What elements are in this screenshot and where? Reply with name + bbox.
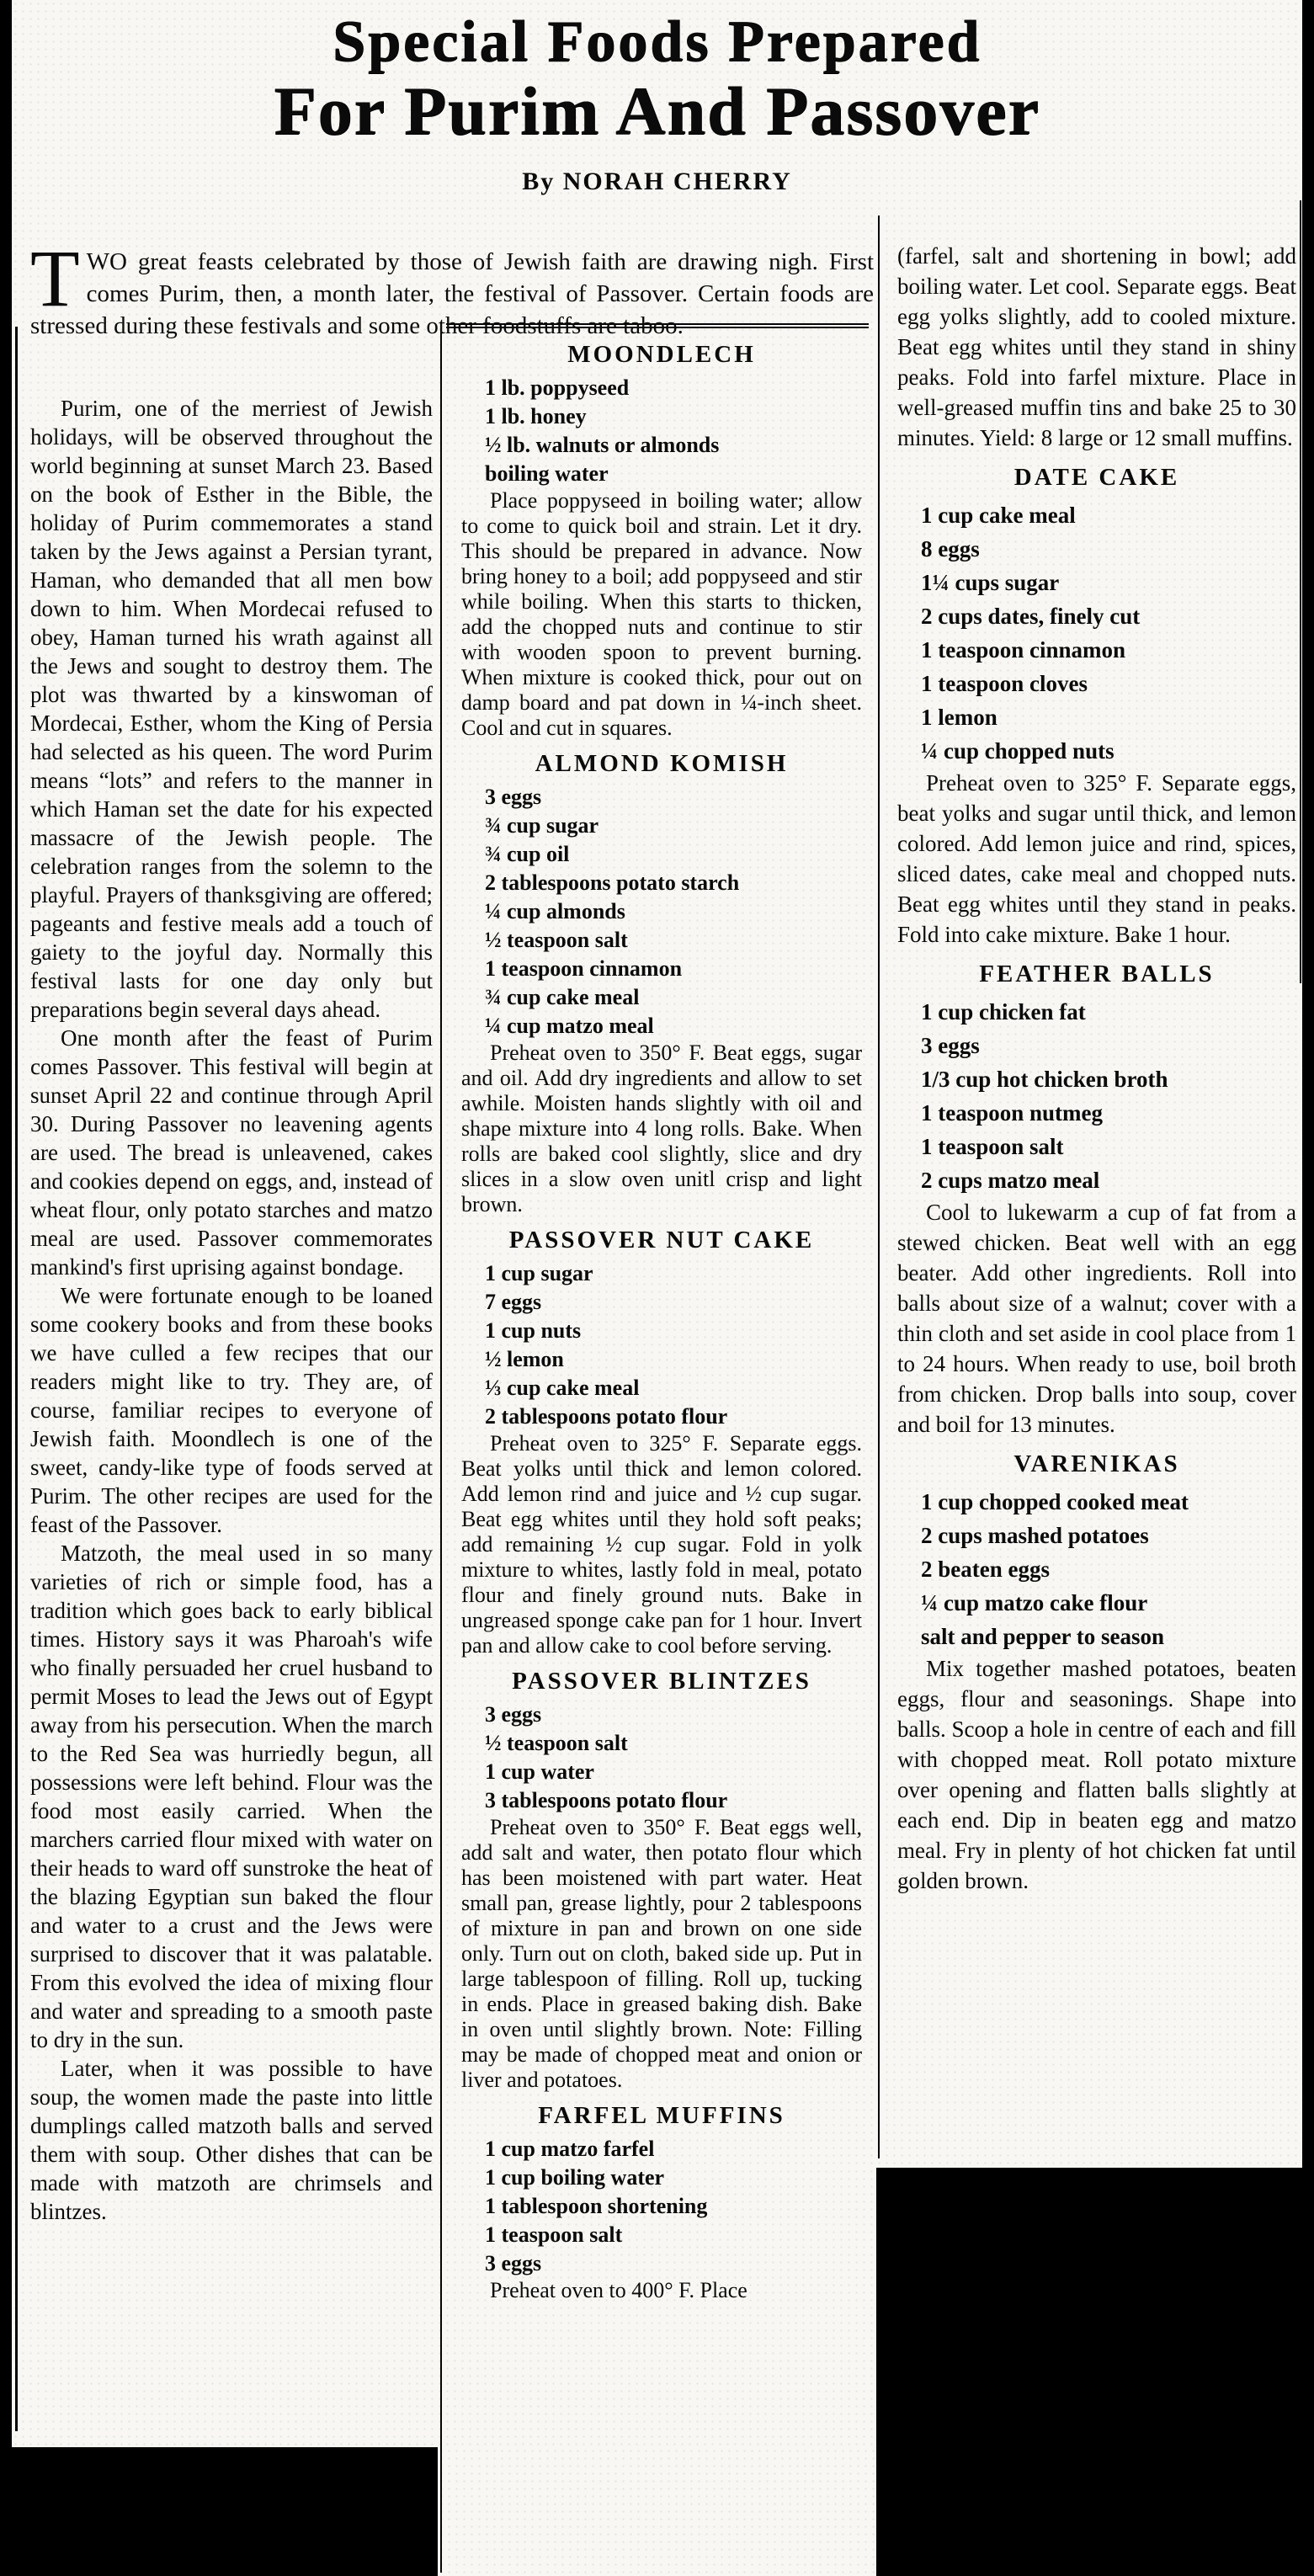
ingredient-item: ⅓ cup cake meal: [485, 1374, 862, 1402]
recipe-column-right: (farfel, salt and shortening in bowl; ad…: [897, 241, 1296, 1896]
ingredient-item: 2 tablespoons potato starch: [485, 869, 862, 897]
ingredient-list: 1 cup cake meal8 eggs1¼ cups sugar2 cups…: [897, 498, 1296, 768]
headline-line-1: Special Foods Prepared: [17, 12, 1297, 73]
article-paragraph: Later, when it was possible to have soup…: [30, 2054, 433, 2226]
ingredient-item: ¼ cup almonds: [485, 897, 862, 926]
ingredient-item: 1 cup chicken fat: [921, 995, 1296, 1029]
ingredient-item: 1 teaspoon cloves: [921, 667, 1296, 700]
article-paragraph: We were fortunate enough to be loaned so…: [30, 1281, 433, 1539]
ingredient-item: ½ teaspoon salt: [485, 1729, 862, 1758]
column-divider-rule-2: [878, 216, 880, 2158]
ingredient-list: 1 cup sugar7 eggs1 cup nuts½ lemon⅓ cup …: [461, 1259, 862, 1431]
ingredient-item: 1 teaspoon nutmeg: [921, 1096, 1296, 1130]
ingredient-item: 2 cups mashed potatoes: [921, 1519, 1296, 1552]
ingredient-item: 2 beaten eggs: [921, 1552, 1296, 1586]
ingredient-item: 7 eggs: [485, 1288, 862, 1317]
ingredient-item: 1 tablespoon shortening: [485, 2192, 862, 2221]
recipe-instructions: Mix together mashed potatoes, beaten egg…: [897, 1653, 1296, 1896]
ingredient-item: 3 eggs: [485, 2249, 862, 2278]
recipe-section: MOONDLECH1 lb. poppyseed1 lb. honey½ lb.…: [461, 342, 862, 741]
ingredient-item: 1 cup water: [485, 1758, 862, 1786]
ingredient-item: 1 teaspoon cinnamon: [485, 955, 862, 983]
recipe-instructions: Preheat oven to 350° F. Beat eggs well, …: [461, 1815, 862, 2093]
recipe-section: PASSOVER NUT CAKE1 cup sugar7 eggs1 cup …: [461, 1227, 862, 1658]
recipe-title: MOONDLECH: [461, 342, 862, 367]
recipe-title: PASSOVER NUT CAKE: [461, 1227, 862, 1253]
ingredient-item: 1 cup cake meal: [921, 498, 1296, 532]
ingredient-item: 1 lb. honey: [485, 402, 862, 431]
recipe-section: FARFEL MUFFINS1 cup matzo farfel1 cup bo…: [461, 2103, 862, 2303]
recipe-section: FEATHER BALLS1 cup chicken fat3 eggs1/3 …: [897, 960, 1296, 1440]
ingredient-item: ¼ cup chopped nuts: [921, 734, 1296, 768]
ingredient-list: 1 lb. poppyseed1 lb. honey½ lb. walnuts …: [461, 374, 862, 488]
right-edge-rule: [1300, 200, 1301, 983]
headline-line-2: For Purim And Passover: [17, 75, 1297, 146]
ingredient-list: 1 cup chicken fat3 eggs1/3 cup hot chick…: [897, 995, 1296, 1197]
ingredient-item: 3 tablespoons potato flour: [485, 1786, 862, 1815]
recipe-instructions: Preheat oven to 325° F. Separate eggs. B…: [461, 1431, 862, 1658]
left-edge-rule: [15, 327, 18, 2431]
recipe-instructions: Preheat oven to 325° F. Separate eggs, b…: [897, 768, 1296, 950]
ingredient-list: 1 cup chopped cooked meat2 cups mashed p…: [897, 1485, 1296, 1653]
recipe-title: ALMOND KOMISH: [461, 751, 862, 776]
ingredient-item: boiling water: [485, 460, 862, 488]
ingredient-item: 3 eggs: [485, 783, 862, 812]
ingredient-item: 1 cup matzo farfel: [485, 2135, 862, 2164]
ingredient-item: 1¼ cups sugar: [921, 566, 1296, 599]
ingredient-item: ½ lb. walnuts or almonds: [485, 431, 862, 460]
recipe-section: PASSOVER BLINTZES3 eggs½ teaspoon salt1 …: [461, 1669, 862, 2093]
recipe-instructions: Preheat oven to 350° F. Beat eggs, sugar…: [461, 1041, 862, 1217]
ingredient-item: 1 teaspoon salt: [921, 1130, 1296, 1163]
ingredient-item: ¾ cup sugar: [485, 812, 862, 840]
recipe-title: DATE CAKE: [897, 463, 1296, 492]
ingredient-item: 3 eggs: [921, 1029, 1296, 1062]
recipe-instructions: Place poppyseed in boiling water; allow …: [461, 488, 862, 741]
ingredient-list: 3 eggs½ teaspoon salt1 cup water3 tables…: [461, 1700, 862, 1815]
ingredient-item: 1 teaspoon salt: [485, 2221, 862, 2249]
recipe-title: PASSOVER BLINTZES: [461, 1669, 862, 1694]
ingredient-item: ¼ cup matzo cake flour: [921, 1586, 1296, 1620]
ingredient-item: 1 cup boiling water: [485, 2164, 862, 2192]
column-divider-rule-1: [440, 327, 442, 2573]
article-paragraph: Matzoth, the meal used in so many variet…: [30, 1539, 433, 2054]
ingredient-item: 1 lb. poppyseed: [485, 374, 862, 402]
ingredient-item: ¾ cup cake meal: [485, 983, 862, 1012]
lead-paragraph: TWO great feasts celebrated by those of …: [30, 246, 874, 342]
ingredient-item: 1/3 cup hot chicken broth: [921, 1062, 1296, 1096]
ingredient-item: ¾ cup oil: [485, 840, 862, 869]
ingredient-item: 1 cup sugar: [485, 1259, 862, 1288]
ingredient-list: 1 cup matzo farfel1 cup boiling water1 t…: [461, 2135, 862, 2278]
recipe-instructions: Cool to lukewarm a cup of fat from a ste…: [897, 1197, 1296, 1440]
ingredient-item: 1 cup nuts: [485, 1317, 862, 1345]
ingredient-list: 3 eggs¾ cup sugar¾ cup oil2 tablespoons …: [461, 783, 862, 1041]
ingredient-item: ½ lemon: [485, 1345, 862, 1374]
ingredient-item: 2 tablespoons potato flour: [485, 1402, 862, 1431]
recipe-section: VARENIKAS1 cup chopped cooked meat2 cups…: [897, 1450, 1296, 1896]
recipe-instructions: Preheat oven to 400° F. Place: [461, 2278, 862, 2303]
ingredient-item: 2 cups matzo meal: [921, 1163, 1296, 1197]
drop-cap: T: [30, 246, 87, 310]
recipe-title: VARENIKAS: [897, 1450, 1296, 1478]
recipe-continuation-text: (farfel, salt and shortening in bowl; ad…: [897, 241, 1296, 453]
ingredient-item: 3 eggs: [485, 1700, 862, 1729]
ingredient-item: ½ teaspoon salt: [485, 926, 862, 955]
article-paragraph: One month after the feast of Purim comes…: [30, 1024, 433, 1281]
ingredient-item: 8 eggs: [921, 532, 1296, 566]
lead-paragraph-text: WO great feasts celebrated by those of J…: [30, 248, 874, 339]
ingredient-item: 1 lemon: [921, 700, 1296, 734]
ingredient-item: ¼ cup matzo meal: [485, 1012, 862, 1041]
article-paragraph: Purim, one of the merriest of Jewish hol…: [30, 394, 433, 1024]
newspaper-clipping-background-bottom-center: [438, 2447, 876, 2576]
ingredient-item: 1 cup chopped cooked meat: [921, 1485, 1296, 1519]
recipe-section: ALMOND KOMISH3 eggs¾ cup sugar¾ cup oil2…: [461, 751, 862, 1217]
byline: By NORAH CHERRY: [17, 168, 1297, 194]
ingredient-item: 2 cups dates, finely cut: [921, 599, 1296, 633]
recipe-title: FARFEL MUFFINS: [461, 2103, 862, 2128]
article-column-left: Purim, one of the merriest of Jewish hol…: [30, 394, 433, 2226]
recipe-section: DATE CAKE1 cup cake meal8 eggs1¼ cups su…: [897, 463, 1296, 950]
ingredient-item: salt and pepper to season: [921, 1620, 1296, 1653]
ingredient-item: 1 teaspoon cinnamon: [921, 633, 1296, 667]
masthead: Special Foods Prepared For Purim And Pas…: [17, 12, 1297, 194]
recipe-title: FEATHER BALLS: [897, 960, 1296, 988]
recipe-column-middle: MOONDLECH1 lb. poppyseed1 lb. honey½ lb.…: [461, 332, 862, 2303]
